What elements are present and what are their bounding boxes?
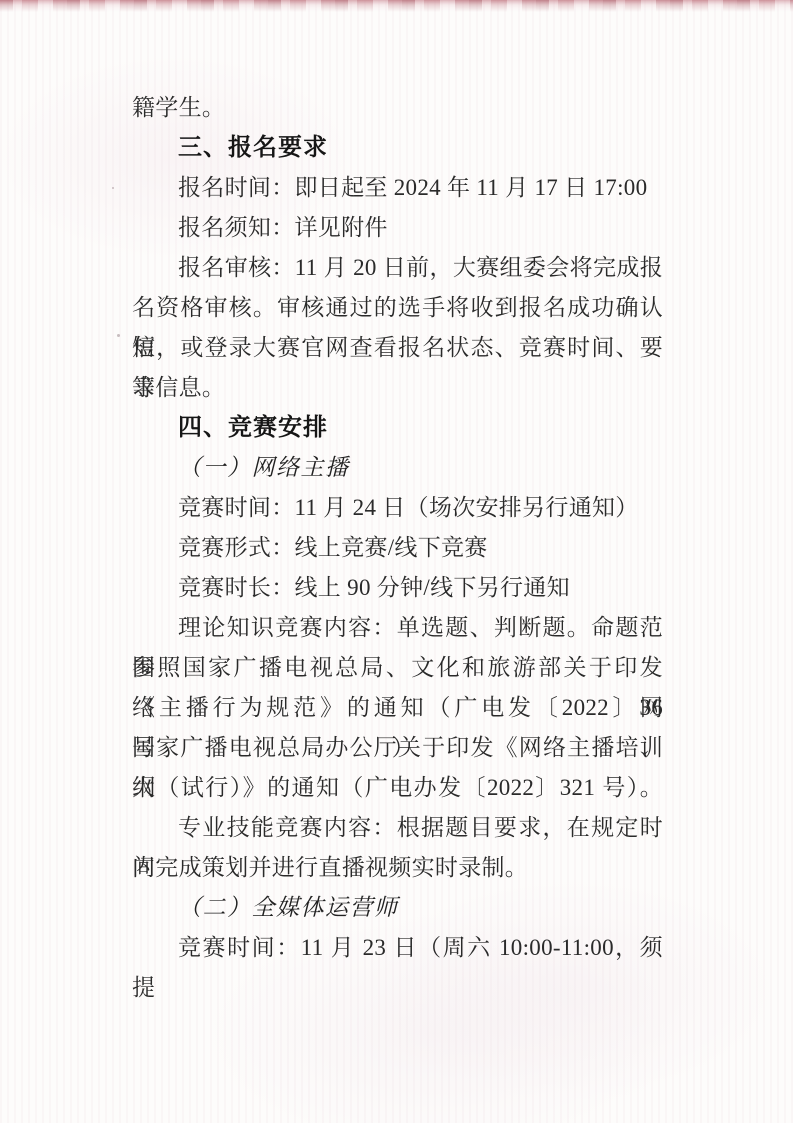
- sub-heading: （二）全媒体运营师: [132, 888, 663, 928]
- scan-speck: [112, 187, 114, 189]
- text-line: 专业技能竞赛内容：根据题目要求，在规定时间: [132, 808, 663, 848]
- text-line: 籍学生。: [132, 88, 663, 128]
- text-line: 等信息。: [132, 368, 663, 408]
- text-line: 参照国家广播电视总局、文化和旅游部关于印发《网: [132, 648, 663, 688]
- scan-speck: [117, 334, 120, 337]
- section-heading: 四、竞赛安排: [132, 408, 663, 448]
- section-heading: 三、报名要求: [132, 128, 663, 168]
- text-line: 竞赛时长：线上 90 分钟/线下另行通知: [132, 568, 663, 608]
- text-line: 纲（试行）》的通知（广电办发〔2022〕321 号）。: [132, 768, 663, 808]
- text-line: 国家广播电视总局办公厅关于印发《网络主播培训大: [132, 728, 663, 768]
- text-line: 竞赛形式：线上竞赛/线下竞赛: [132, 528, 663, 568]
- text-line: 竞赛时间：11 月 23 日（周六 10:00-11:00，须提: [132, 928, 663, 968]
- text-block: 籍学生。三、报名要求报名时间：即日起至 2024 年 11 月 17 日 17:…: [132, 88, 663, 968]
- text-line: 信，或登录大赛官网查看报名状态、竞赛时间、要求: [132, 328, 663, 368]
- text-line: 报名时间：即日起至 2024 年 11 月 17 日 17:00: [132, 168, 663, 208]
- text-line: 名资格审核。审核通过的选手将收到报名成功确认短: [132, 288, 663, 328]
- text-line: 内完成策划并进行直播视频实时录制。: [132, 848, 663, 888]
- sub-heading: （一）网络主播: [132, 448, 663, 488]
- scanned-document-page: 籍学生。三、报名要求报名时间：即日起至 2024 年 11 月 17 日 17:…: [0, 0, 793, 1123]
- text-line: 理论知识竞赛内容：单选题、判断题。命题范围: [132, 608, 663, 648]
- scan-artifact-top-band: [0, 0, 793, 12]
- text-line: 络主播行为规范》的通知（广电发〔2022〕36 号）、: [132, 688, 663, 728]
- text-line: 报名审核：11 月 20 日前，大赛组委会将完成报: [132, 248, 663, 288]
- text-line: 竞赛时间：11 月 24 日（场次安排另行通知）: [132, 488, 663, 528]
- text-line: 报名须知：详见附件: [132, 208, 663, 248]
